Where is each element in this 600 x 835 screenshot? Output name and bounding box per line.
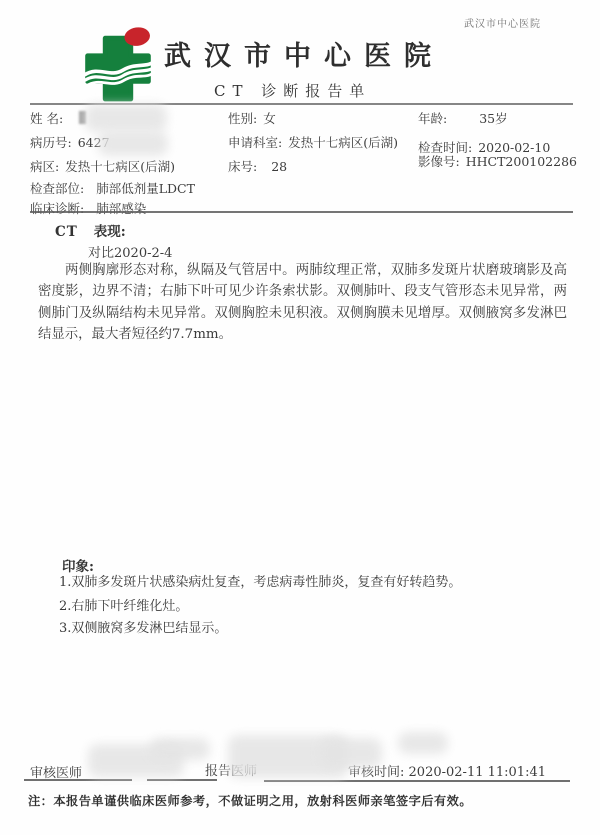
findings-section-label: CT表现: <box>55 220 126 240</box>
findings-modality: CT <box>55 224 78 240</box>
field-ward: 病区:发热十七病区(后湖) <box>30 157 175 175</box>
request-dept-label: 申请科室: <box>228 135 282 150</box>
field-age: 年龄:35岁 <box>418 109 508 127</box>
request-dept-value: 发热十七病区(后湖) <box>288 135 398 150</box>
hospital-watermark: 武汉市中心医院 <box>464 15 541 30</box>
age-label: 年龄: <box>418 111 447 126</box>
clinical-dx-label: 临床诊断: <box>30 201 84 216</box>
impression-item-3: 3.双侧腋窝多发淋巴结显示。 <box>59 617 227 636</box>
redaction-blob-footer-1 <box>150 738 210 760</box>
name-label: 姓 名: <box>30 111 63 126</box>
footer-note: 注：本报告单谨供临床医师参考，不做证明之用，放射科医师亲笔签字后有效。 <box>28 792 472 809</box>
bed-no-label: 床号: <box>228 159 257 174</box>
redaction-blob-record-no <box>98 131 168 156</box>
age-value: 35岁 <box>479 111 507 126</box>
field-gender: 性别:女 <box>228 109 276 127</box>
report-title: CT 诊断报告单 <box>214 80 371 101</box>
ward-value: 发热十七病区(后湖) <box>65 159 175 174</box>
signature-line-middle <box>147 779 217 781</box>
info-divider <box>30 211 573 213</box>
findings-label: 表现: <box>94 224 126 240</box>
field-request-dept: 申请科室:发热十七病区(后湖) <box>228 133 398 151</box>
findings-body: 两侧胸廓形态对称，纵隔及气管居中。两肺纹理正常，双肺多发斑片状磨玻璃影及高密度影… <box>38 260 567 346</box>
bed-no-value: 28 <box>271 159 287 174</box>
exam-part-label: 检查部位: <box>30 181 84 196</box>
hospital-name: 武汉市中心医院 <box>164 34 444 73</box>
clinical-dx-value: 肺部感染 <box>96 201 146 216</box>
exam-part-value: 肺部低剂量LDCT <box>96 181 195 196</box>
field-bed-no: 床号:28 <box>228 157 287 175</box>
impression-item-2: 2.右肺下叶纤维化灶。 <box>59 595 188 614</box>
review-time-value: 2020-02-11 11:01:41 <box>409 765 546 780</box>
reviewer-signature-line <box>24 779 132 781</box>
field-exam-part: 检查部位:肺部低剂量LDCT <box>30 179 195 197</box>
redaction-blob-footer-2 <box>320 738 382 768</box>
comparison-date: 对比2020-2-4 <box>88 242 172 261</box>
field-patient-name: 姓 名: <box>30 109 69 127</box>
image-no-value: HHCT200102286 <box>466 154 577 169</box>
ward-label: 病区: <box>30 159 59 174</box>
gender-value: 女 <box>263 111 276 126</box>
redaction-blob-name <box>85 104 167 132</box>
field-clinical-dx: 临床诊断:肺部感染 <box>30 199 146 217</box>
hospital-logo-icon <box>78 27 158 103</box>
ct-report-page: 武汉市中心医院 武汉市中心医院 CT 诊断报告单 姓 名: 性别:女 年龄:35… <box>0 0 600 835</box>
reporter-signature-line <box>264 780 570 782</box>
image-no-label: 影像号: <box>418 154 460 169</box>
gender-label: 性别: <box>228 111 257 126</box>
redaction-blob-footer-3 <box>398 732 448 754</box>
field-image-no: 影像号:HHCT200102286 <box>418 152 577 170</box>
record-no-label: 病历号: <box>30 135 72 150</box>
impression-item-1: 1.双肺多发斑片状感染病灶复查，考虑病毒性肺炎，复查有好转趋势。 <box>59 571 461 590</box>
